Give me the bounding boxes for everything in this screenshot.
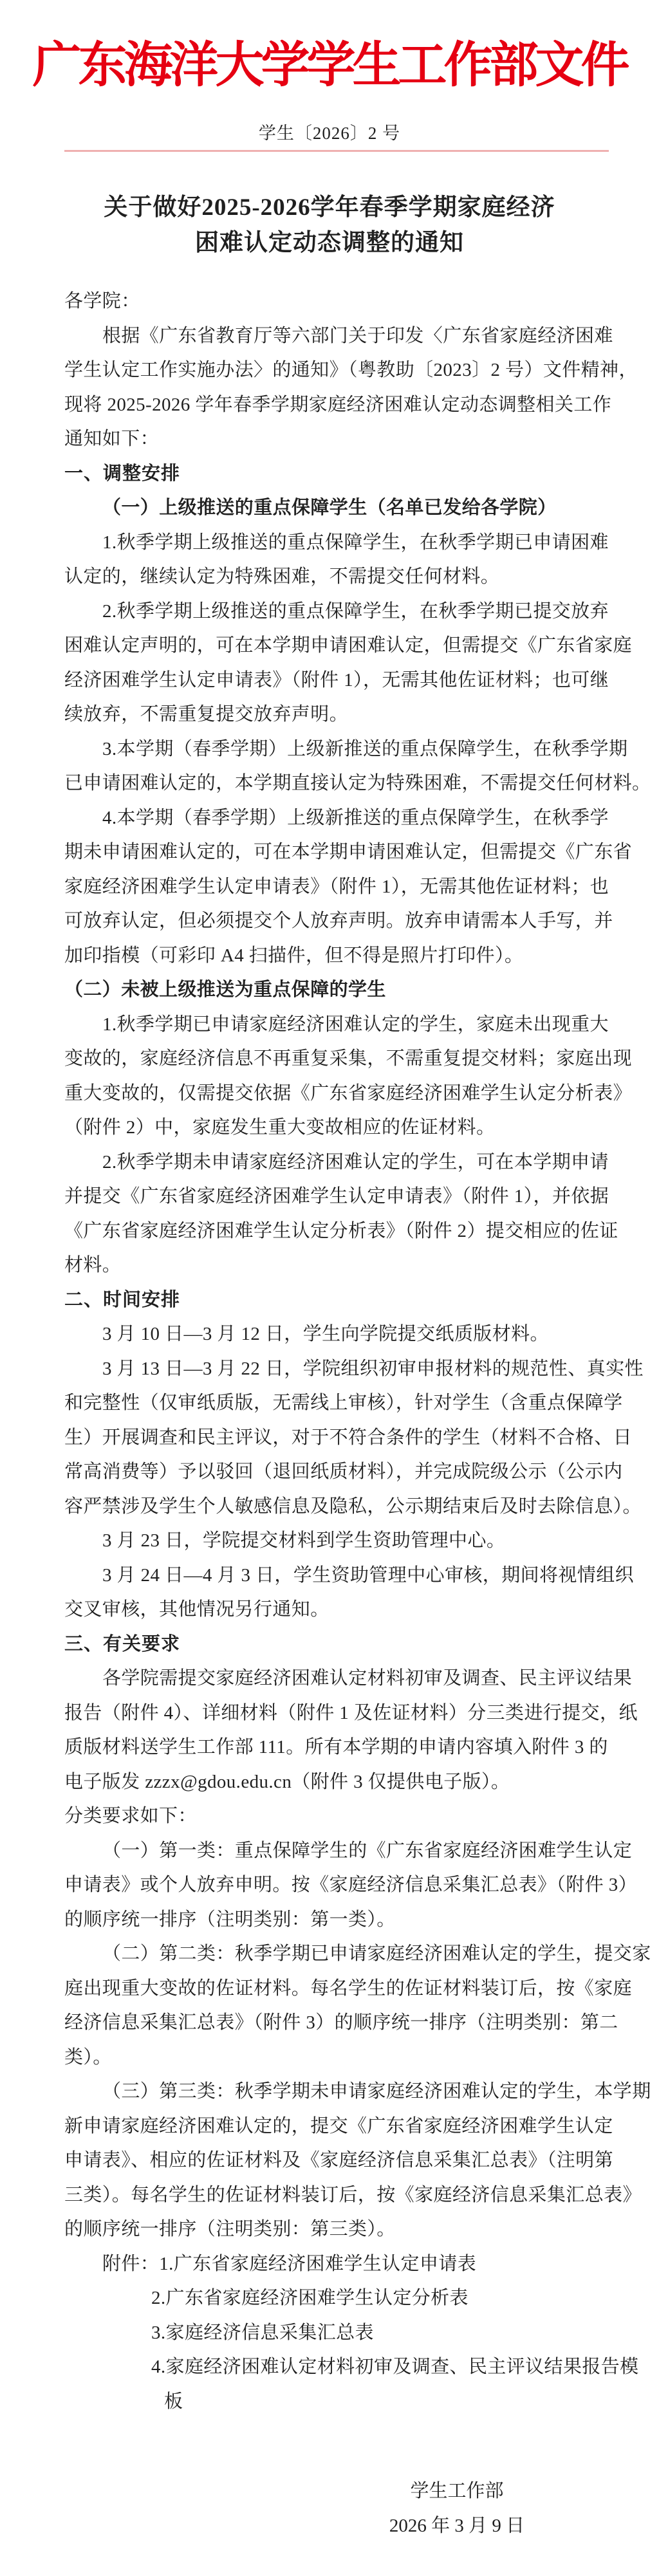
body-line: 1.秋季学期上级推送的重点保障学生，在秋季学期已申请困难: [64, 526, 609, 561]
document-title-line1: 关于做好2025-2026学年春季学期家庭经济: [0, 190, 659, 225]
body-line: 一、调整安排: [64, 457, 609, 492]
body-line: 和完整性（仅审纸质版，无需线上审核），针对学生（含重点保障学: [64, 1386, 609, 1421]
body-line: 各学院：: [64, 284, 609, 319]
body-line: 期未申请困难认定的，可在本学期申请困难认定，但需提交《广东省: [64, 835, 609, 870]
body-line: 3 月 24 日—4 月 3 日，学生资助管理中心审核，期间将视情组织: [64, 1559, 609, 1593]
body-line: 交叉审核，其他情况另行通知。: [64, 1593, 609, 1627]
body-line: （三）第三类：秋季学期未申请家庭经济困难认定的学生，本学期: [64, 2075, 609, 2109]
body-line: （二）第二类：秋季学期已申请家庭经济困难认定的学生，提交家: [64, 1937, 609, 1972]
signature-date: 2026 年 3 月 9 日: [360, 2509, 553, 2544]
signature-department: 学生工作部: [360, 2474, 553, 2509]
body-line: 报告（附件 4）、详细材料（附件 1 及佐证材料）分三类进行提交，纸: [64, 1696, 609, 1731]
document-number: 学生〔2026〕2 号: [0, 122, 659, 144]
document-title-line2: 困难认定动态调整的通知: [0, 225, 659, 261]
body-line: 续放弃，不需重复提交放弃声明。: [64, 698, 609, 732]
body-line: 容严禁涉及学生个人敏感信息及隐私，公示期结束后及时去除信息）。: [64, 1490, 609, 1524]
body-line: 生）开展调查和民主评议，对于不符合条件的学生（材料不合格、日: [64, 1421, 609, 1456]
body-line: 已申请困难认定的，本学期直接认定为特殊困难，不需提交任何材料。: [64, 766, 609, 801]
body-line: 3 月 13 日—3 月 22 日，学院组织初审申报材料的规范性、真实性: [64, 1352, 609, 1387]
red-divider-line: [64, 150, 609, 152]
body-line: 电子版发 zzzx@gdou.edu.cn（附件 3 仅提供电子版）。: [64, 1765, 609, 1800]
body-line: 的顺序统一排序（注明类别：第一类）。: [64, 1903, 609, 1938]
body-line: 分类要求如下：: [64, 1799, 609, 1834]
body-line: （附件 2）中，家庭发生重大变故相应的佐证材料。: [64, 1111, 609, 1145]
body-line: （一）上级推送的重点保障学生（名单已发给各学院）: [64, 491, 609, 526]
body-line: 并提交《广东省家庭经济困难学生认定申请表》（附件 1），并依据: [64, 1180, 609, 1214]
body-line: （一）第一类：重点保障学生的《广东省家庭经济困难学生认定: [64, 1834, 609, 1869]
signature-block: 学生工作部 2026 年 3 月 9 日: [360, 2474, 553, 2543]
body-line: 2.广东省家庭经济困难学生认定分析表: [64, 2281, 609, 2316]
body-line: 申请表》或个人放弃申明。按《家庭经济信息采集汇总表》（附件 3）: [64, 1868, 609, 1903]
body-line: 各学院需提交家庭经济困难认定材料初审及调查、民主评议结果: [64, 1662, 609, 1696]
body-line: 3 月 10 日—3 月 12 日，学生向学院提交纸质版材料。: [64, 1317, 609, 1352]
body-line: 附件：1.广东省家庭经济困难学生认定申请表: [64, 2247, 609, 2282]
body-line: 4.本学期（春季学期）上级新推送的重点保障学生，在秋季学: [64, 801, 609, 836]
body-line: 认定的，继续认定为特殊困难，不需提交任何材料。: [64, 560, 609, 595]
body-line: 类）。: [64, 2041, 609, 2075]
body-line: 的顺序统一排序（注明类别：第三类）。: [64, 2212, 609, 2247]
body-line: 质版材料送学生工作部 111。所有本学期的申请内容填入附件 3 的: [64, 1730, 609, 1765]
body-line: 学生认定工作实施办法〉的通知》（粤教助〔2023〕2 号）文件精神，: [64, 353, 609, 388]
body-line: 1.秋季学期已申请家庭经济困难认定的学生，家庭未出现重大: [64, 1008, 609, 1042]
body-line: 2.秋季学期上级推送的重点保障学生，在秋季学期已提交放弃: [64, 595, 609, 629]
body-line: 根据《广东省教育厅等六部门关于印发〈广东省家庭经济困难: [64, 319, 609, 354]
body-line: 变故的，家庭经济信息不再重复采集，不需重复提交材料；家庭出现: [64, 1042, 609, 1077]
body-line: 庭出现重大变故的佐证材料。每名学生的佐证材料装订后，按《家庭: [64, 1972, 609, 2006]
body-line: 经济信息采集汇总表》（附件 3）的顺序统一排序（注明类别：第二: [64, 2006, 609, 2041]
body-line: 3 月 23 日，学院提交材料到学生资助管理中心。: [64, 1524, 609, 1559]
body-line: 3.家庭经济信息采集汇总表: [64, 2316, 609, 2351]
body-line: 现将 2025-2026 学年春季学期家庭经济困难认定动态调整相关工作: [64, 388, 609, 423]
document-title: 关于做好2025-2026学年春季学期家庭经济 困难认定动态调整的通知: [0, 190, 659, 261]
body-line: 常高消费等）予以驳回（退回纸质材料），并完成院级公示（公示内: [64, 1455, 609, 1490]
document-body: 各学院：根据《广东省教育厅等六部门关于印发〈广东省家庭经济困难学生认定工作实施办…: [64, 284, 609, 2419]
body-line: 重大变故的，仅需提交依据《广东省家庭经济困难学生认定分析表》: [64, 1077, 609, 1111]
body-line: 加印指模（可彩印 A4 扫描件，但不得是照片打印件）。: [64, 939, 609, 974]
body-line: 二、时间安排: [64, 1283, 609, 1318]
body-line: 材料。: [64, 1248, 609, 1283]
body-line: 通知如下：: [64, 422, 609, 457]
body-line: （二）未被上级推送为重点保障的学生: [64, 973, 609, 1008]
body-line: 可放弃认定，但必须提交个人放弃声明。放弃申请需本人手写，并: [64, 904, 609, 939]
body-line: 三、有关要求: [64, 1627, 609, 1662]
body-line: 板: [64, 2385, 609, 2420]
body-line: 申请表》、相应的佐证材料及《家庭经济信息采集汇总表》（注明第: [64, 2144, 609, 2178]
body-line: 经济困难学生认定申请表》（附件 1），无需其他佐证材料；也可继: [64, 663, 609, 698]
body-line: 三类）。每名学生的佐证材料装订后，按《家庭经济信息采集汇总表》: [64, 2178, 609, 2213]
body-line: 3.本学期（春季学期）上级新推送的重点保障学生，在秋季学期: [64, 732, 609, 767]
body-line: 新申请家庭经济困难认定的，提交《广东省家庭经济困难学生认定: [64, 2109, 609, 2144]
body-line: 2.秋季学期未申请家庭经济困难认定的学生，可在本学期申请: [64, 1145, 609, 1180]
red-header-title: 广东海洋大学学生工作部文件: [0, 36, 659, 95]
document-page: 广东海洋大学学生工作部文件 学生〔2026〕2 号 关于做好2025-2026学…: [0, 0, 659, 2576]
body-line: 家庭经济困难学生认定申请表》（附件 1），无需其他佐证材料；也: [64, 870, 609, 905]
body-line: 《广东省家庭经济困难学生认定分析表》（附件 2）提交相应的佐证: [64, 1214, 609, 1249]
body-line: 困难认定声明的，可在本学期申请困难认定，但需提交《广东省家庭: [64, 629, 609, 663]
body-line: 4.家庭经济困难认定材料初审及调查、民主评议结果报告模: [64, 2350, 609, 2385]
